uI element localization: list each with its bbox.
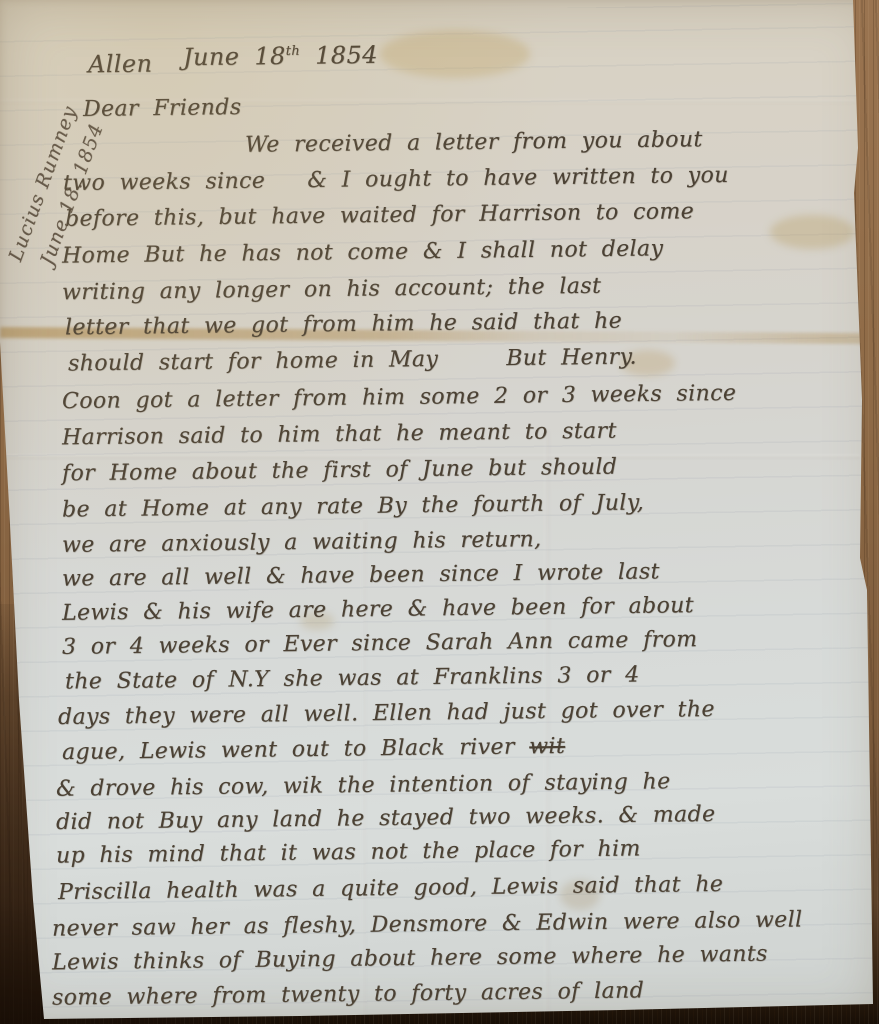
- letter-paper: Lucius Rumney June 18. 1854 Allen June 1…: [0, 0, 879, 1024]
- letter-photograph: Lucius Rumney June 18. 1854 Allen June 1…: [0, 0, 879, 1024]
- paper-vignette: [0, 0, 879, 1024]
